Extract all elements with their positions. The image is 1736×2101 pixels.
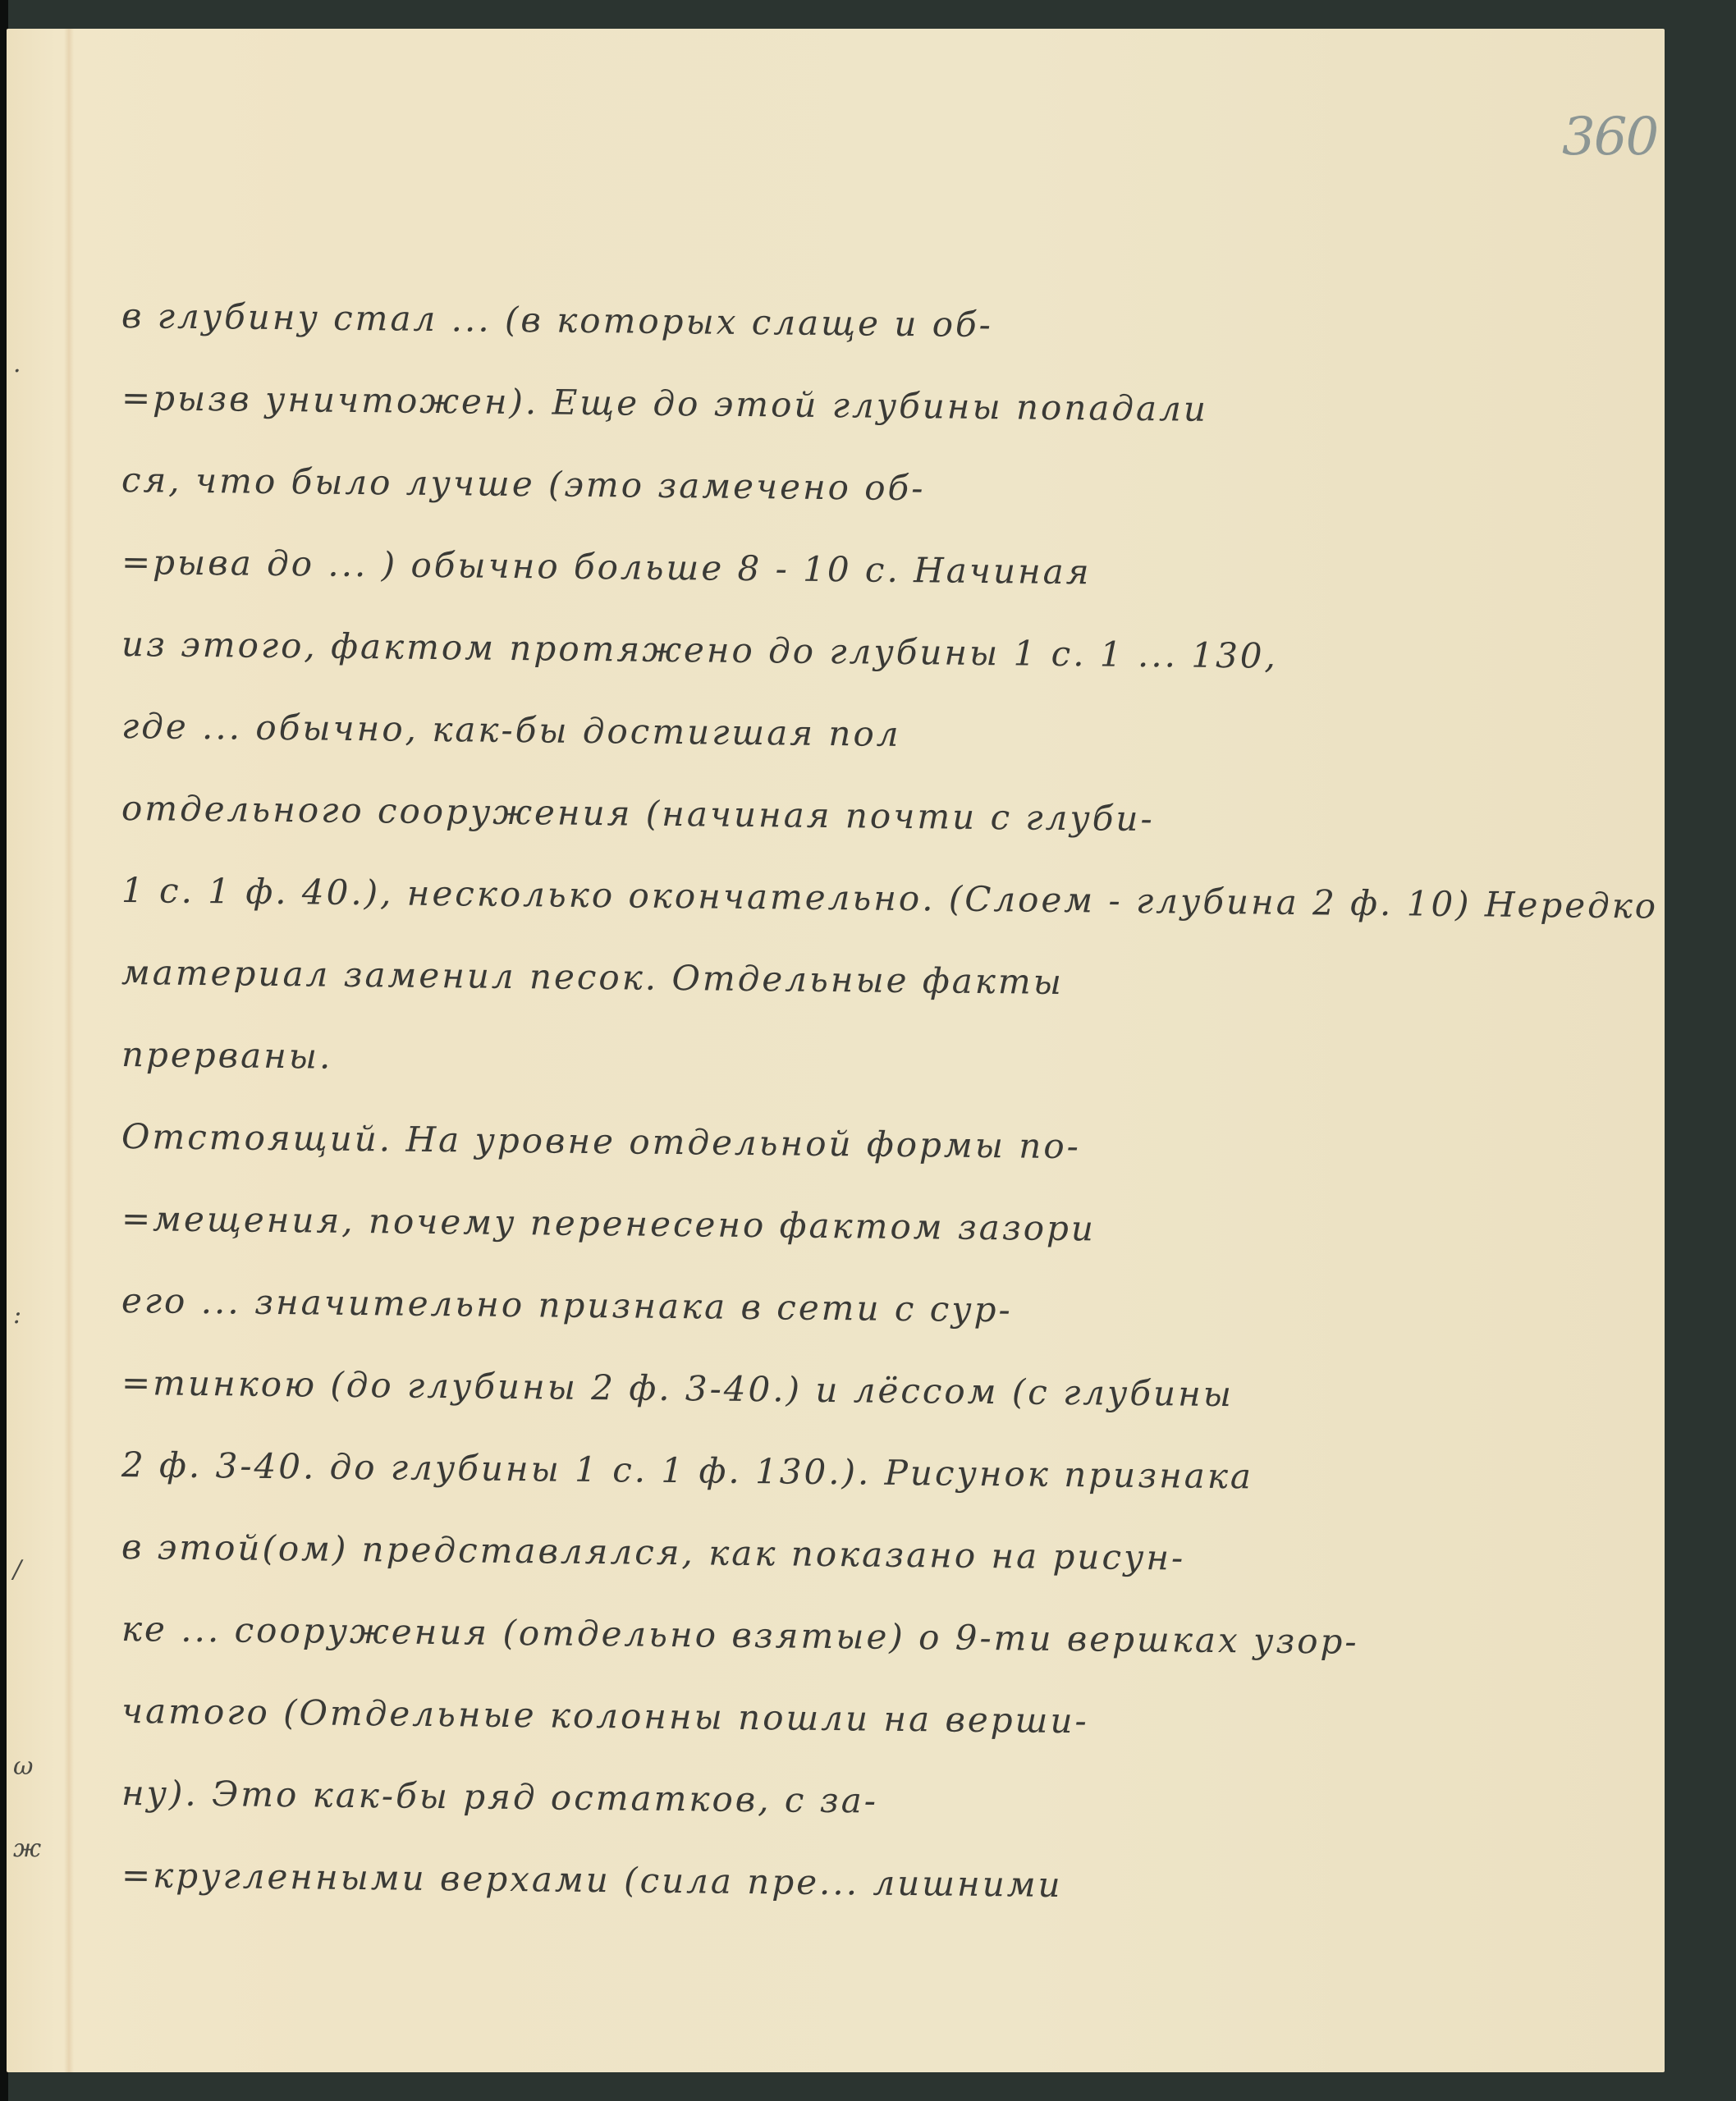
manuscript-page: 360 · : / ω ж в глубину стал ... (в кото…	[7, 29, 1665, 2072]
margin-mark: ·	[13, 357, 21, 386]
text-line: =тинкою (до глубины 2 ф. 3-40.) и лёссом…	[121, 1342, 1665, 1440]
text-line: 2 ф. 3-40. до глубины 1 с. 1 ф. 130.). Р…	[121, 1424, 1665, 1522]
margin-marks: · : / ω ж	[13, 357, 54, 1998]
text-line: =рызв уничтожен). Еще до этой глубины по…	[121, 357, 1665, 455]
text-line: =кругленными верхами (сила пре... лишним…	[121, 1834, 1665, 1933]
text-line: ся, что было лучше (это замечено об-	[121, 439, 1665, 538]
text-line: в глубину стал ... (в которых слаще и об…	[121, 275, 1665, 373]
text-line: ке ... сооружения (отдельно взятые) о 9-…	[121, 1588, 1665, 1687]
handwritten-text: в глубину стал ... (в которых слаще и об…	[121, 275, 1665, 1916]
margin-mark: :	[13, 1301, 21, 1330]
text-line: отдельного сооружения (начиная почти с г…	[121, 767, 1665, 866]
text-line: ну). Это как-бы ряд остатков, с за-	[121, 1752, 1665, 1851]
page-fold	[64, 29, 74, 2072]
text-line: =мещения, почему перенесено фактом зазор…	[121, 1178, 1665, 1276]
text-line: из этого, фактом протяжено до глубины 1 …	[121, 603, 1665, 702]
text-line: Отстоящий. На уровне отдельной формы по-	[121, 1096, 1665, 1194]
margin-mark: /	[13, 1555, 21, 1584]
text-line: в этой(ом) представлялся, как показано н…	[121, 1506, 1665, 1604]
text-line: 1 с. 1 ф. 40.), несколько окончательно. …	[121, 849, 1665, 948]
text-line: прерваны.	[121, 1014, 1665, 1112]
text-line: его ... значительно признака в сети с су…	[121, 1260, 1665, 1358]
text-line: =рыва до ... ) обычно больше 8 - 10 с. Н…	[121, 521, 1665, 620]
text-line: материал заменил песок. Отдельные факты	[121, 931, 1665, 1030]
page-number: 360	[1562, 107, 1657, 167]
margin-mark: ж	[13, 1834, 41, 1863]
text-line: где ... обычно, как-бы достигшая пол	[121, 685, 1665, 784]
text-line: чатого (Отдельные колонны пошли на верши…	[121, 1670, 1665, 1769]
margin-mark: ω	[13, 1752, 33, 1781]
